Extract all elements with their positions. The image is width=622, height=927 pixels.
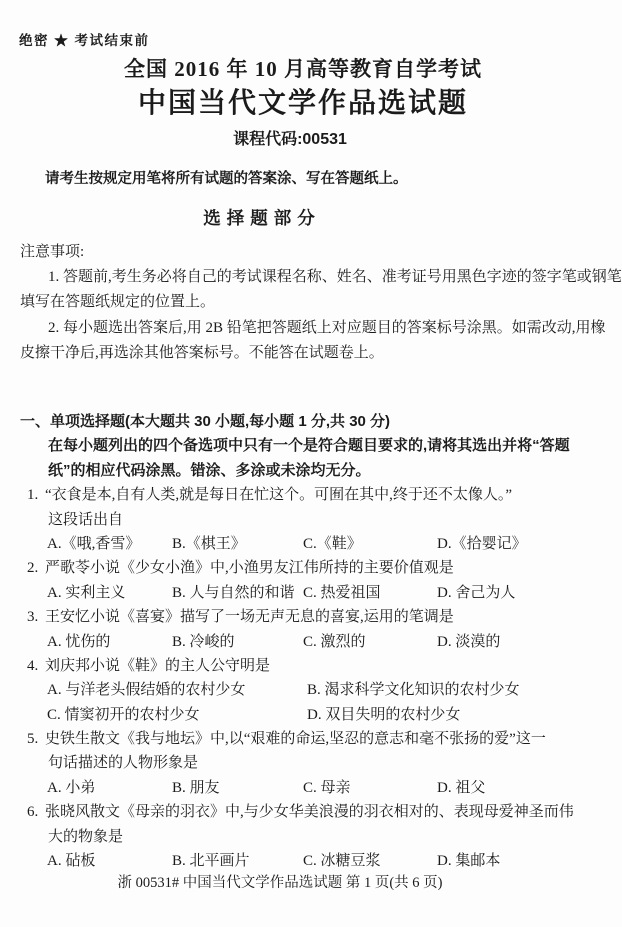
question-3-option-a: A. 忧伤的 (47, 630, 110, 654)
part1-heading: 一、单项选择题(本大题共 30 小题,每小题 1 分,共 30 分) (0, 410, 622, 434)
question-5-stem-line-1: 5. 史铁生散文《我与地坛》中,以“艰难的命运,坚忍的意志和毫不张扬的爱”这一 (0, 727, 622, 751)
question-5-option-b: B. 朋友 (172, 776, 220, 800)
question-6-stem-line-1: 6. 张晓风散文《母亲的羽衣》中,与少女华美浪漫的羽衣相对的、表现母爱神圣而伟 (0, 800, 622, 824)
question-3-number: 3. (27, 605, 38, 629)
question-4-option-d: D. 双目失明的农村少女 (307, 703, 460, 727)
question-5-stem-line-2: 句话描述的人物形象是 (0, 751, 622, 775)
part1-intro-line-2: 纸”的相应代码涂黑。错涂、多涂或未涂均无分。 (0, 459, 622, 483)
notice-item-1-line-1: 1. 答题前,考生务必将自己的考试课程名称、姓名、准考证号用黑色字迹的签字笔或钢… (0, 265, 622, 290)
exam-paper-page: 绝密 ★ 考试结束前 全国 2016 年 10 月高等教育自学考试 中国当代文学… (0, 0, 622, 927)
question-3-stem-line-1: 3. 王安忆小说《喜宴》描写了一场无声无息的喜宴,运用的笔调是 (0, 605, 622, 629)
question-2-option-a: A. 实利主义 (47, 581, 125, 605)
question-5-option-a: A. 小弟 (47, 776, 95, 800)
paper-title: 中国当代文学作品选试题 (0, 81, 606, 121)
question-6-number: 6. (27, 800, 38, 824)
notice-item-1-line-2: 填写在答题纸规定的位置上。 (0, 290, 622, 315)
question-2-stem-line-1: 2. 严歌苓小说《少女小渔》中,小渔男友江伟所持的主要价值观是 (0, 556, 622, 580)
question-1-stem-line-1: 1. “衣食是本,自有人类,就是每日在忙这个。可囿在其中,终于还不太像人。” (0, 483, 622, 507)
question-4-options-row-1: A. 与洋老头假结婚的农村少女 B. 渴求科学文化知识的农村少女 (0, 678, 622, 702)
question-1-option-d: D.《拾婴记》 (437, 532, 527, 556)
question-6-stem-line-2: 大的物象是 (0, 825, 622, 849)
question-1-number: 1. (27, 483, 38, 507)
question-5-options: A. 小弟 B. 朋友 C. 母亲 D. 祖父 (0, 776, 622, 800)
question-3-options: A. 忧伤的 B. 冷峻的 C. 激烈的 D. 淡漠的 (0, 630, 622, 654)
exam-title: 全国 2016 年 10 月高等教育自学考试 (0, 53, 606, 83)
question-2-option-c: C. 热爱祖国 (303, 581, 381, 605)
question-4-option-c: C. 情窦初开的农村少女 (47, 703, 200, 727)
question-6-option-d: D. 集邮本 (437, 849, 500, 873)
question-4-stem-line-1: 4. 刘庆邦小说《鞋》的主人公守明是 (0, 654, 622, 678)
question-1-option-b: B.《棋王》 (172, 532, 246, 556)
question-4-options-row-2: C. 情窦初开的农村少女 D. 双目失明的农村少女 (0, 703, 622, 727)
question-6-option-c: C. 冰糖豆浆 (303, 849, 381, 873)
classification-label: 绝密 ★ 考试结束前 (19, 29, 150, 49)
single-choice-section: 一、单项选择题(本大题共 30 小题,每小题 1 分,共 30 分) 在每小题列… (0, 410, 622, 873)
page-footer: 浙 00531# 中国当代文学作品选试题 第 1 页(共 6 页) (0, 871, 560, 892)
question-2-options: A. 实利主义 B. 人与自然的和谐 C. 热爱祖国 D. 舍己为人 (0, 581, 622, 605)
question-3-option-d: D. 淡漠的 (437, 630, 500, 654)
question-2-option-d: D. 舍己为人 (437, 581, 515, 605)
notice-item-2-line-2: 皮擦干净后,再选涂其他答案标号。不能答在试题卷上。 (0, 341, 622, 366)
section-title: 选择题部分 (0, 205, 524, 230)
question-3-option-c: C. 激烈的 (303, 630, 366, 654)
answer-sheet-instruction: 请考生按规定用笔将所有试题的答案涂、写在答题纸上。 (45, 167, 408, 188)
question-4-option-b: B. 渴求科学文化知识的农村少女 (307, 678, 520, 702)
course-code: 课程代码:00531 (0, 126, 580, 149)
question-5-number: 5. (27, 727, 38, 751)
question-6-option-a: A. 砧板 (47, 849, 95, 873)
notice-item-2-line-1: 2. 每小题选出答案后,用 2B 铅笔把答题纸上对应题目的答案标号涂黑。如需改动… (0, 316, 622, 341)
question-2-number: 2. (27, 556, 38, 580)
question-5-option-c: C. 母亲 (303, 776, 351, 800)
notice-block: 注意事项: 1. 答题前,考生务必将自己的考试课程名称、姓名、准考证号用黑色字迹… (0, 240, 622, 366)
question-5-option-d: D. 祖父 (437, 776, 485, 800)
question-1-option-c: C.《鞋》 (303, 532, 362, 556)
part1-intro-line-1: 在每小题列出的四个备选项中只有一个是符合题目要求的,请将其选出并将“答题 (0, 434, 622, 458)
question-1-options: A.《哦,香雪》 B.《棋王》 C.《鞋》 D.《拾婴记》 (0, 532, 622, 556)
question-3-option-b: B. 冷峻的 (172, 630, 235, 654)
question-4-option-a: A. 与洋老头假结婚的农村少女 (47, 678, 245, 702)
question-2-option-b: B. 人与自然的和谐 (172, 581, 295, 605)
question-6-option-b: B. 北平画片 (172, 849, 250, 873)
question-4-number: 4. (27, 654, 38, 678)
question-6-options: A. 砧板 B. 北平画片 C. 冰糖豆浆 D. 集邮本 (0, 849, 622, 873)
question-1-stem-line-2: 这段话出自 (0, 508, 622, 532)
question-1-option-a: A.《哦,香雪》 (47, 532, 140, 556)
notice-heading: 注意事项: (0, 240, 622, 265)
